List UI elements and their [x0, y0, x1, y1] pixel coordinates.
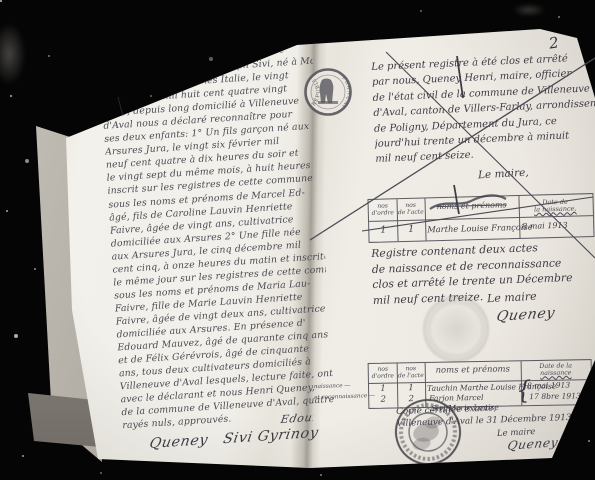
register-note: Registre contenant deux actesde naissanc…: [371, 238, 595, 308]
header-date: Date de lanaissance: [521, 363, 591, 377]
closing-note-crossed: Le présent registre à été clos et arrêté…: [371, 50, 595, 167]
cell-date: 17 8bre 1913: [529, 391, 581, 401]
header-ordre: nosd'ordre: [369, 366, 397, 380]
header-date: Date dela naissance,: [519, 198, 592, 213]
margin-note: et reconnaissance ―: [314, 391, 378, 404]
le-maire-label: Le maire: [487, 290, 537, 306]
header-acte: nosde l'acte: [397, 366, 425, 380]
republique-francaise-stamp-icon: RÉPUBLIQUE FRANÇAISE: [302, 65, 354, 119]
scan-smudge: [0, 22, 26, 86]
recap-table-upper: nosd'ordre nosde l'acte noms et prénoms …: [367, 193, 594, 243]
scanned-register-photo: Le quinze octobre mil neuf cent treizeà …: [0, 0, 595, 480]
page-number: 2: [548, 33, 560, 52]
brace-mark: {: [516, 375, 532, 405]
scan-smudge: [512, 4, 546, 16]
header-ordre: nosd'ordre: [369, 203, 397, 217]
cell-date: 8 mai 1913: [522, 221, 568, 231]
cell-date: 8 mai 1913: [527, 380, 570, 390]
margin-annotations: naissance ―et reconnaissance ―: [314, 380, 379, 404]
cell-acte: 1: [397, 223, 425, 235]
left-page-act-text: Le quinze octobre mil neuf cent treizeà …: [99, 42, 335, 433]
header-noms: noms et prénoms: [425, 366, 521, 374]
background-noise: [0, 0, 2, 2]
cell-nom: Marthe Louise Françoise: [427, 222, 533, 235]
signature-witness-partial: Edoux: [280, 411, 315, 426]
cell-acte: 1: [397, 383, 425, 393]
cell-ordre: 1: [369, 224, 397, 236]
register-spread: Le quinze octobre mil neuf cent treizeà …: [0, 0, 595, 480]
header-noms: noms et prénoms: [425, 202, 519, 211]
header-acte: nosde l'acte: [397, 202, 425, 216]
